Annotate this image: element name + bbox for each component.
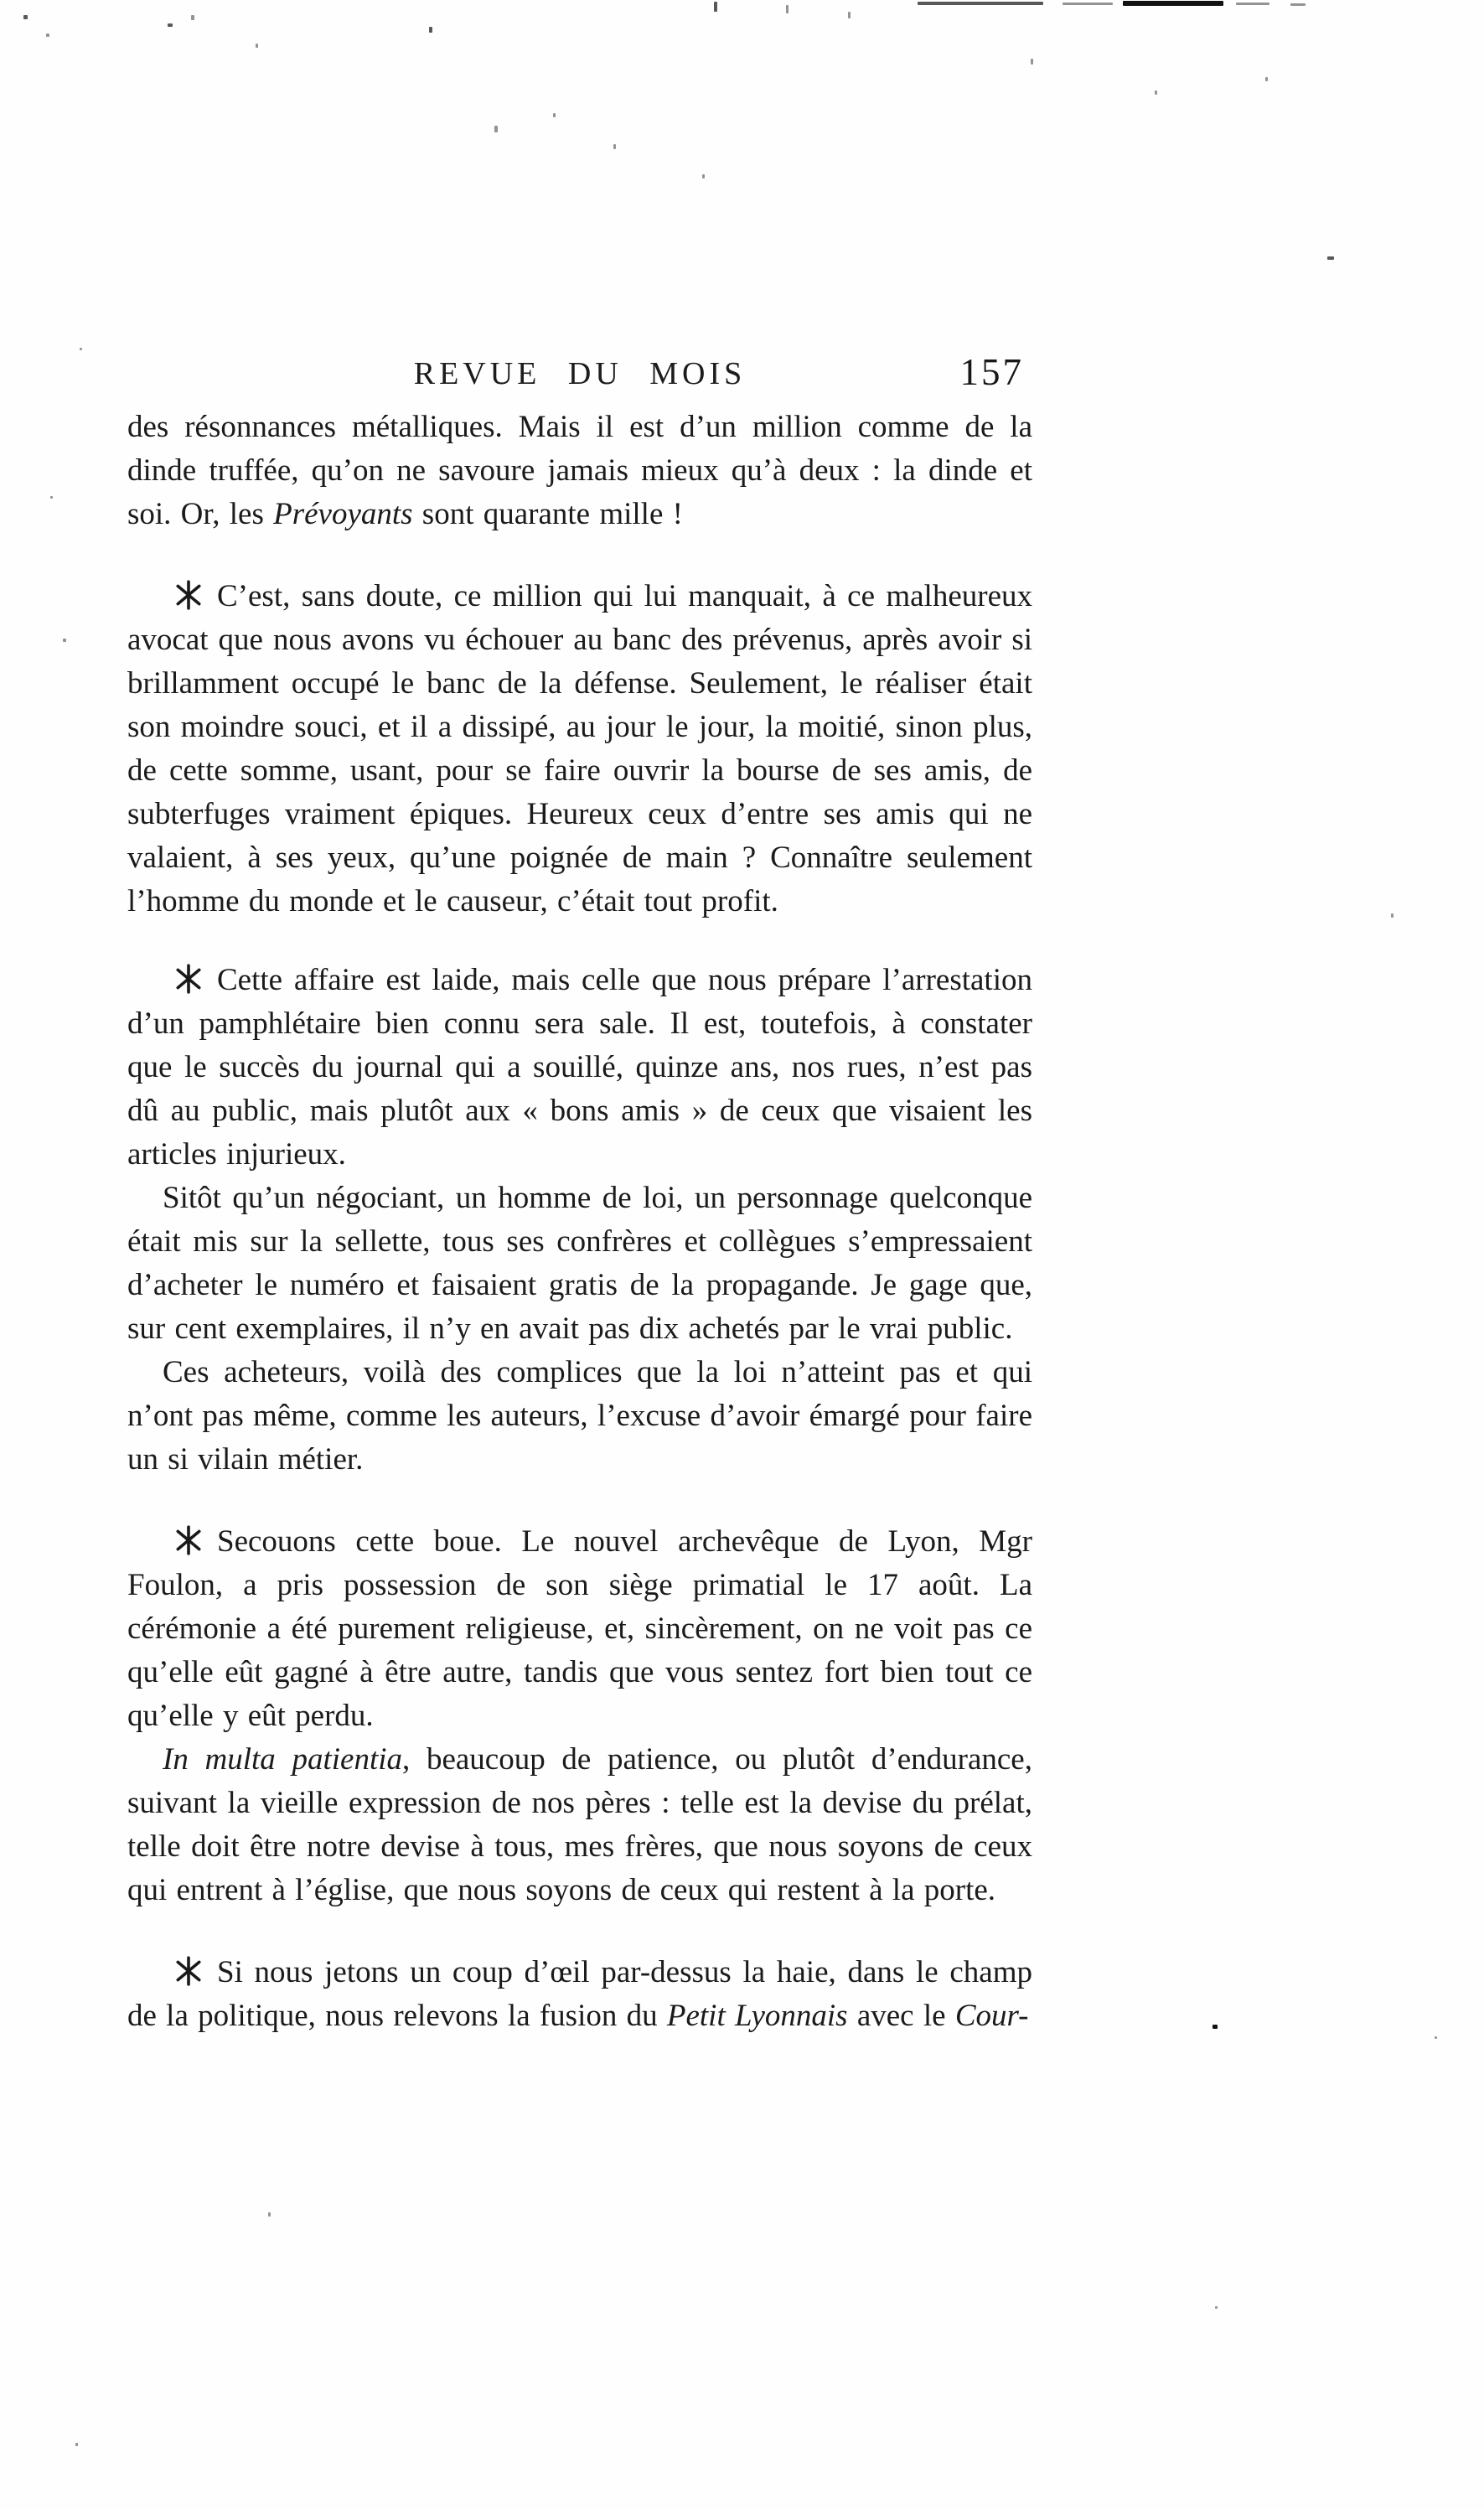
page-title: REVUE DU MOIS xyxy=(127,355,1032,392)
asterisk-ornament-icon xyxy=(173,1956,204,1986)
paragraph-4: Sitôt qu’un négociant, un homme de loi, … xyxy=(127,1177,1032,1351)
paragraph-text: Sitôt qu’un négociant, un homme de loi, … xyxy=(127,1181,1032,1346)
scan-artifact xyxy=(429,27,432,33)
page-header: REVUE DU MOIS 157 xyxy=(127,355,1032,406)
scan-artifact xyxy=(168,23,173,27)
scan-artifact xyxy=(494,126,498,132)
paragraph-2: C’est, sans doute, ce million qui lui ma… xyxy=(127,575,1032,923)
page-number: 157 xyxy=(960,350,1025,394)
scan-artifact xyxy=(1265,77,1268,81)
scan-artifact xyxy=(1236,3,1269,5)
scan-artifact xyxy=(75,2443,78,2446)
paragraph-text: sont quarante mille ! xyxy=(413,497,683,531)
paragraph-text: Secouons cette boue. Le nouvel archevêqu… xyxy=(127,1524,1032,1733)
scan-artifact xyxy=(1215,2306,1218,2309)
paragraph-7: In multa patientia, beaucoup de patience… xyxy=(127,1738,1032,1912)
paragraph-5: Ces acheteurs, voilà des complices que l… xyxy=(127,1351,1032,1482)
paragraph-text-italic: Petit Lyonnais xyxy=(667,1999,848,2033)
scan-artifact xyxy=(63,639,66,642)
paragraph-text: Ces acheteurs, voilà des complices que l… xyxy=(127,1355,1032,1477)
paragraph-8: Si nous jetons un coup d’œil par-dessus … xyxy=(127,1951,1032,2038)
paragraph-text-italic: Cour- xyxy=(955,1999,1029,2033)
scan-artifact xyxy=(191,15,194,20)
scan-artifact xyxy=(702,174,705,178)
scan-artifact xyxy=(1391,913,1394,918)
scan-artifact xyxy=(268,2212,271,2217)
asterisk-ornament-icon xyxy=(173,1525,204,1555)
scan-artifact xyxy=(553,113,556,117)
scan-artifact xyxy=(1063,3,1113,5)
scan-artifact xyxy=(1213,2025,1218,2029)
scan-artifact xyxy=(23,15,28,19)
scan-artifact xyxy=(1327,256,1334,260)
scan-artifact xyxy=(1155,91,1157,95)
asterisk-ornament-icon xyxy=(173,580,204,610)
scan-artifact xyxy=(613,144,616,149)
asterisk-ornament-icon xyxy=(173,964,204,994)
scan-artifact xyxy=(50,496,53,499)
scan-artifact xyxy=(786,5,789,13)
paragraph-text-italic: Prévoyants xyxy=(273,497,412,531)
scan-artifact xyxy=(256,44,258,48)
paragraph-1: des résonnances métalliques. Mais il est… xyxy=(127,406,1032,536)
scan-artifact xyxy=(1031,59,1033,65)
paragraph-3: Cette affaire est laide, mais celle que … xyxy=(127,959,1032,1177)
paragraph-6: Secouons cette boue. Le nouvel archevêqu… xyxy=(127,1520,1032,1738)
scan-artifact xyxy=(848,12,851,18)
scan-artifact xyxy=(1290,3,1306,6)
paragraph-text: avec le xyxy=(848,1999,955,2033)
paragraph-text-italic: In multa patientia xyxy=(163,1742,402,1777)
scan-artifact xyxy=(1435,2036,1437,2039)
scan-artifact xyxy=(80,348,82,350)
text-block: des résonnances métalliques. Mais il est… xyxy=(127,406,1032,2038)
scan-artifact xyxy=(1123,1,1223,6)
paragraph-text: C’est, sans doute, ce million qui lui ma… xyxy=(127,579,1032,918)
paragraph-text: Cette affaire est laide, mais celle que … xyxy=(127,963,1032,1172)
scan-artifact xyxy=(714,2,717,12)
scan-artifact xyxy=(918,2,1043,5)
scanned-page: REVUE DU MOIS 157 des résonnances métall… xyxy=(0,0,1484,2509)
scan-artifact xyxy=(46,34,49,37)
